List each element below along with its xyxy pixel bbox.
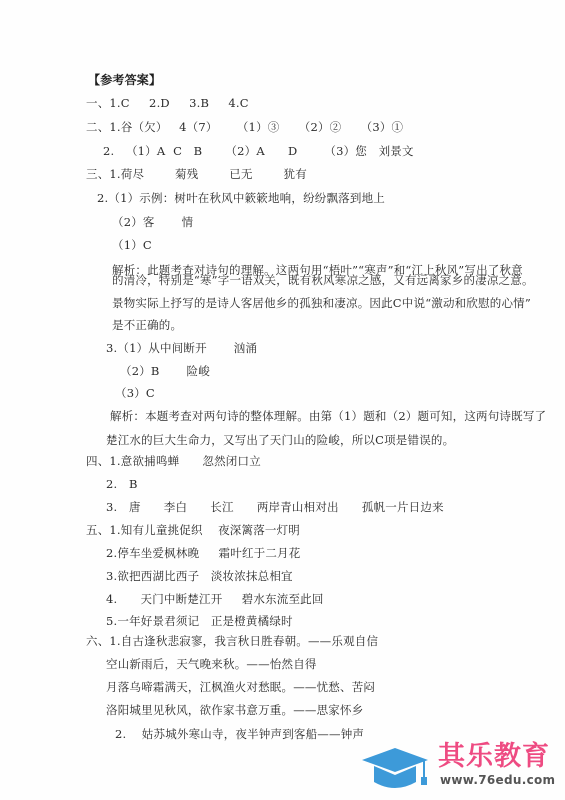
brand-name: 其乐教育: [438, 740, 550, 774]
answer-line: 解析：本题考查对两句诗的整体理解。由第（1）题和（2）题可知，这两句诗既写了: [110, 408, 546, 424]
graduation-cap-icon: [360, 744, 430, 792]
answer-line: （1）C: [112, 237, 152, 253]
answer-line: （2）B 险峻: [120, 363, 210, 379]
answer-line: 楚江水的巨大生命力，又写出了天门山的险峻，所以C项是错误的。: [106, 432, 454, 448]
answer-line: 2. B: [106, 476, 138, 492]
answer-line: 4. 天门中断楚江开 碧水东流至此回: [106, 591, 324, 607]
document-title: 【参考答案】: [88, 72, 161, 88]
answer-line: （2）客 情: [112, 214, 193, 230]
answer-line: 四、1.意欲捕鸣蝉 忽然闭口立: [86, 453, 261, 469]
answer-line: 是不正确的。: [112, 317, 182, 333]
answer-line: 六、1.自古逢秋悲寂寥，我言秋日胜春朝。——乐观自信: [86, 633, 378, 649]
answer-line: 洛阳城里见秋风，欲作家书意万重。——思家怀乡: [106, 702, 363, 718]
brand-url: www.76edu.com: [440, 773, 555, 787]
watermark-logo: 其乐教育 www.76edu.com: [360, 740, 560, 796]
answer-line: 空山新雨后，天气晚来秋。——怡然自得: [106, 656, 317, 672]
answer-line: 的清冷，特别是“寒”字一语双关，既有秋风寒凉之感，又有远离家乡的凄凉之意。: [112, 272, 534, 288]
answer-line: 3.欲把西湖比西子 淡妆浓抹总相宜: [106, 568, 293, 584]
document-page: 【参考答案】 一、1.C 2.D 3.B 4.C二、1.谷（欠） 4（7） （1…: [0, 0, 565, 800]
answer-line: 2.停车坐爱枫林晚 霜叶红于二月花: [106, 545, 300, 561]
answer-line: 2. 姑苏城外寒山寺，夜半钟声到客船——钟声: [115, 726, 364, 742]
answer-line: （3）C: [115, 385, 155, 401]
answer-line: 一、1.C 2.D 3.B 4.C: [86, 95, 249, 111]
answer-line: 月落乌啼霜满天，江枫渔火对愁眠。——忧愁、苦闷: [106, 679, 375, 695]
answer-line: 三、1.荷尽 菊残 已无 犹有: [86, 166, 307, 182]
answer-line: 5.一年好景君须记 正是橙黄橘绿时: [106, 613, 293, 629]
answer-line: 3. 唐 李白 长江 两岸青山相对出 孤帆一片日边来: [106, 499, 444, 515]
answer-line: 2. （1）A C B （2）A D （3）您 刘景文: [103, 143, 414, 159]
answer-line: 五、1.知有儿童挑促织 夜深篱落一灯明: [86, 522, 300, 538]
answer-line: 二、1.谷（欠） 4（7） （1）③ （2）② （3）①: [86, 119, 403, 135]
answer-line: 景物实际上抒写的是诗人客居他乡的孤独和凄凉。因此C中说“激动和欣慰的心情”: [112, 295, 531, 311]
answer-line: 2.（1）示例：树叶在秋风中簌簌地响，纷纷飘落到地上: [97, 190, 385, 206]
answer-line: 3.（1）从中间断开 汹涌: [106, 340, 257, 356]
